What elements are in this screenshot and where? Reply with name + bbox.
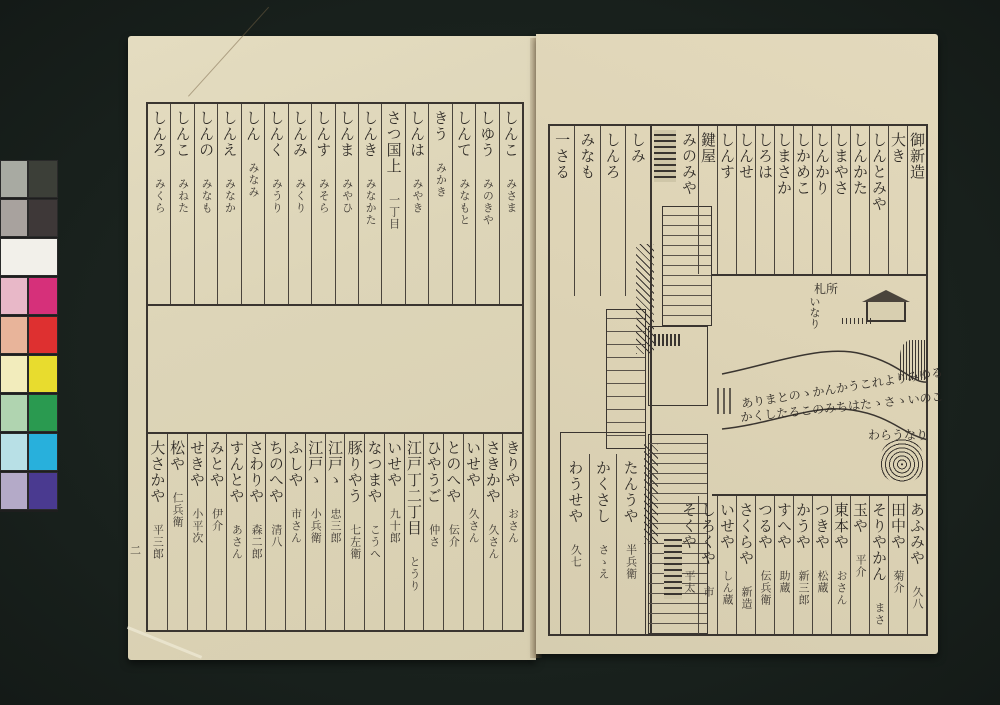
text-column: すへや助蔵 (774, 496, 793, 634)
shrine-building (866, 300, 906, 322)
text-column: かくさしさゝえ (589, 454, 617, 634)
chart-row (0, 355, 58, 393)
text-column: しんみなみ (241, 104, 264, 304)
text-column: すんとやあさん (226, 434, 246, 630)
open-book: しんこみさましゆうみのきやしんてみなもときうみかきしんはみやきさつ国上一丁目しん… (128, 34, 938, 660)
column-subtext: みのきや (478, 178, 496, 226)
column-subtext: 市 (699, 586, 717, 598)
text-column: しんとみや (869, 126, 888, 274)
column-heading: すへや (775, 502, 793, 550)
column-heading: さわりや (247, 440, 265, 504)
color-swatch (28, 433, 58, 471)
text-column: 御新造 (907, 126, 926, 274)
text-column: とのへや伝介 (443, 434, 463, 630)
left-page: しんこみさましゆうみのきやしんてみなもときうみかきしんはみやきさつ国上一丁目しん… (128, 36, 536, 660)
column-heading: しろくや (699, 502, 717, 566)
text-column: かうや新三郎 (793, 496, 812, 634)
text-column: 一さる (550, 126, 574, 296)
color-swatch (0, 472, 28, 510)
text-column: みとや伊介 (206, 434, 226, 630)
text-column: さつ国上一丁目 (381, 104, 404, 304)
left-top-listing: しんこみさましゆうみのきやしんてみなもときうみかきしんはみやきさつ国上一丁目しん… (148, 104, 522, 304)
text-column: さくらや新造 (736, 496, 755, 634)
column-subtext: 久七 (566, 544, 584, 568)
column-heading: すんとや (227, 440, 245, 504)
column-heading: 東本や (832, 502, 850, 550)
text-column: そりやかんまさ (869, 496, 888, 634)
text-column: なつまやこうへ (364, 434, 384, 630)
text-column: しまさか (774, 126, 793, 274)
column-subtext: 平太 (680, 570, 698, 594)
text-column: しんかた (850, 126, 869, 274)
color-swatch (28, 394, 58, 432)
column-subtext: 助蔵 (775, 570, 793, 594)
text-column: しんろ (600, 126, 625, 296)
chart-row (0, 316, 58, 354)
chart-row (0, 472, 58, 510)
color-swatch (0, 316, 28, 354)
color-swatch (0, 160, 28, 198)
column-subtext: みかき (431, 162, 449, 198)
color-swatch (28, 355, 58, 393)
margin-mark: 二 (130, 542, 141, 558)
column-subtext: みそら (314, 178, 332, 214)
column-subtext: 伝介 (444, 524, 462, 548)
column-heading: つるや (756, 502, 774, 550)
text-column: さきかや久さん (483, 434, 503, 630)
column-heading: つきや (813, 502, 831, 550)
color-swatch (0, 199, 28, 237)
text-column: 豚りやう七左衛 (344, 434, 364, 630)
column-subtext: 伊介 (208, 508, 226, 532)
column-subtext: みなかた (361, 178, 379, 226)
column-subtext: 仁兵衛 (168, 492, 186, 528)
column-subtext: 小平次 (188, 508, 206, 544)
column-heading: しんこ (502, 110, 520, 158)
text-column: しんのみなも (194, 104, 217, 304)
text-column: つきや松蔵 (812, 496, 831, 634)
column-subtext: みくり (291, 178, 309, 214)
column-subtext: こうへ (365, 524, 383, 560)
column-subtext: みうり (267, 178, 285, 214)
tree-grove (900, 340, 928, 380)
column-subtext: 仲さ (425, 524, 443, 548)
column-subtext: 市さん (287, 508, 305, 544)
column-subtext: あさん (227, 524, 245, 560)
chart-row (0, 277, 58, 315)
chart-row (0, 238, 58, 276)
text-column: しんてみなもと (452, 104, 475, 304)
column-heading: しんす (314, 110, 332, 158)
column-heading: しんみ (291, 110, 309, 158)
text-column: きうみかき (428, 104, 451, 304)
column-subtext: みくら (150, 178, 168, 214)
building-window (654, 130, 676, 182)
text-column: しんまみやひ (335, 104, 358, 304)
window-grille (650, 334, 680, 346)
text-column: 江戸ゝ忠三郎 (325, 434, 345, 630)
text-column: ちのへや清八 (265, 434, 285, 630)
text-column: しんきみなかた (358, 104, 381, 304)
shop-signs: たんうや半兵衛かくさしさゝえわうせや久七 (562, 454, 644, 634)
pine-tree (880, 438, 924, 482)
color-swatch (28, 277, 58, 315)
shrine-roof (862, 290, 910, 302)
column-heading: しんは (408, 110, 426, 158)
column-subtext: みなもと (455, 178, 473, 226)
column-subtext: みなも (197, 178, 215, 214)
column-heading: しんとみや (870, 132, 888, 212)
right-top-listing: 御新造大きしんとみやしんかたしまやさしんかりしかめこしまさかしろはしんせしんす鍵… (712, 126, 926, 274)
color-swatch (0, 394, 28, 432)
column-heading: きりや (504, 440, 522, 488)
column-heading: しんせ (737, 132, 755, 180)
text-column: 大き (888, 126, 907, 274)
text-column: いせやしん蔵 (717, 496, 736, 634)
text-column: つるや伝兵衛 (755, 496, 774, 634)
text-column: しんこみさま (499, 104, 522, 304)
text-column: しゆうみのきや (475, 104, 498, 304)
divider (712, 274, 928, 276)
chart-row (0, 199, 58, 237)
column-heading: かくさし (594, 460, 612, 524)
color-swatch (28, 472, 58, 510)
column-subtext: とうり (405, 556, 423, 592)
column-subtext: 清八 (267, 524, 285, 548)
column-heading: しまやさ (832, 132, 850, 196)
text-column: 江戸丁二丁目とうり (404, 434, 424, 630)
right-top-left-listing: しみしんろみなも一さる (550, 126, 650, 296)
column-heading: せきや (188, 440, 206, 488)
column-subtext: 平三郎 (148, 524, 166, 560)
column-heading: しんかた (851, 132, 869, 196)
text-column: そくや平太 (680, 496, 698, 634)
column-heading: しんかり (813, 132, 831, 196)
text-column: さわりや森二郎 (246, 434, 266, 630)
text-column: しんはみやき (405, 104, 428, 304)
column-subtext: 七左衛 (346, 524, 364, 560)
column-heading: とのへや (444, 440, 462, 504)
column-heading: 江戸ゝ (326, 440, 344, 488)
text-column: しんすみそら (311, 104, 334, 304)
divider (146, 304, 524, 306)
color-swatch (0, 277, 28, 315)
column-heading: そくや (680, 502, 698, 550)
column-heading: さくらや (737, 502, 755, 566)
text-column: たんうや半兵衛 (616, 454, 644, 634)
column-heading: みとや (208, 440, 226, 488)
text-column: ひやうご仲さ (423, 434, 443, 630)
column-heading: いせや (385, 440, 403, 488)
column-subtext: みねた (174, 178, 192, 214)
column-heading: 玉や (851, 502, 869, 534)
text-column: わうせや久七 (562, 454, 589, 634)
column-subtext: 菊介 (889, 570, 907, 594)
column-heading: 鍵屋 (699, 132, 717, 164)
column-heading: 田中や (889, 502, 907, 550)
chart-row (0, 433, 58, 471)
column-heading: いせや (464, 440, 482, 488)
text-column: しんくみうり (264, 104, 287, 304)
column-subtext: みやひ (338, 178, 356, 214)
text-column: しろくや市 (698, 496, 717, 634)
building-lattice (606, 309, 646, 449)
column-subtext: 松蔵 (813, 570, 831, 594)
column-heading: ふしや (287, 440, 305, 488)
column-subtext: 久さん (484, 524, 502, 560)
column-heading: しんろ (604, 132, 622, 180)
column-heading: ひやうご (425, 440, 443, 504)
column-heading: みのみや (680, 132, 698, 196)
column-heading: しんろ (150, 110, 168, 158)
text-column: いせや久さん (463, 434, 483, 630)
column-subtext: 久さん (464, 508, 482, 544)
column-subtext: まさ (870, 602, 888, 626)
column-heading: しろは (756, 132, 774, 180)
text-column: いせや九十郎 (384, 434, 404, 630)
text-column: 東本やおさん (831, 496, 850, 634)
column-heading: しんこ (174, 110, 192, 158)
chart-row (0, 394, 58, 432)
column-heading: みなも (578, 132, 596, 180)
text-column: しんえみなか (217, 104, 240, 304)
column-heading: そりやかん (870, 502, 888, 582)
color-swatch (28, 199, 58, 237)
column-heading: しんの (197, 110, 215, 158)
column-heading: あふみや (908, 502, 926, 566)
column-heading: 江戸ゝ (306, 440, 324, 488)
color-swatch (0, 355, 28, 393)
text-column: しんろみくら (148, 104, 170, 304)
color-swatch (28, 160, 58, 198)
text-column: きりやおさん (502, 434, 522, 630)
text-column: 田中や菊介 (888, 496, 907, 634)
column-heading: しゆう (478, 110, 496, 158)
text-column: しろは (755, 126, 774, 274)
column-subtext: 伝兵衛 (756, 570, 774, 606)
chart-row (0, 160, 58, 198)
column-subtext: みなか (221, 178, 239, 214)
column-heading: 江戸丁二丁目 (405, 440, 423, 536)
color-swatch (0, 238, 58, 276)
text-column: しんみみくり (288, 104, 311, 304)
right-bottom-listing: あふみや久八田中や菊介そりやかんまさ玉や平介東本やおさんつきや松蔵かうや新三郎す… (712, 496, 926, 634)
column-heading: しんく (267, 110, 285, 158)
column-heading: わうせや (566, 460, 584, 524)
column-heading: 松や (168, 440, 186, 472)
column-subtext: 平介 (851, 554, 869, 578)
column-heading: しんえ (221, 110, 239, 158)
text-column: 江戸ゝ小兵衛 (305, 434, 325, 630)
column-heading: しんて (455, 110, 473, 158)
column-heading: 一さる (553, 132, 571, 180)
column-heading: さきかや (484, 440, 502, 504)
column-heading: ちのへや (267, 440, 285, 504)
column-heading: しんま (338, 110, 356, 158)
column-subtext: 久八 (908, 586, 926, 610)
column-heading: しみ (629, 132, 647, 164)
wall-shading (644, 444, 658, 544)
column-heading: しんす (718, 132, 736, 180)
text-column: せきや小平次 (187, 434, 207, 630)
color-swatch (0, 433, 28, 471)
text-column: しんかり (812, 126, 831, 274)
text-column: あふみや久八 (907, 496, 926, 634)
column-subtext: 小兵衛 (306, 508, 324, 544)
column-subtext: しん蔵 (718, 570, 736, 606)
column-heading: しん (244, 110, 262, 142)
column-subtext: おさん (504, 508, 522, 544)
column-subtext: みなみ (244, 162, 262, 198)
column-subtext: おさん (832, 570, 850, 606)
text-column: みのみや (680, 126, 698, 274)
column-heading: 大き (889, 132, 907, 164)
column-subtext: 九十郎 (385, 508, 403, 544)
text-column: しんこみねた (170, 104, 193, 304)
column-subtext: みやき (408, 178, 426, 214)
column-heading: 御新造 (908, 132, 926, 180)
left-bottom-listing: きりやおさんさきかや久さんいせや久さんとのへや伝介ひやうご仲さ江戸丁二丁目とうり… (148, 434, 522, 630)
text-column: ふしや市さん (285, 434, 305, 630)
color-calibration-chart (0, 160, 58, 512)
text-column: しんす (717, 126, 736, 274)
column-subtext: さゝえ (594, 544, 612, 580)
column-heading: なつまや (365, 440, 383, 504)
shrine-label: 札所 (814, 280, 838, 297)
column-heading: しかめこ (794, 132, 812, 196)
column-heading: 大さかや (148, 440, 166, 504)
column-heading: しまさか (775, 132, 793, 196)
column-subtext: 半兵衛 (622, 544, 640, 580)
column-subtext: 森二郎 (247, 524, 265, 560)
column-heading: 豚りやう (346, 440, 364, 504)
column-subtext: 忠三郎 (326, 508, 344, 544)
text-column: 鍵屋 (698, 126, 717, 274)
column-subtext: 一丁目 (385, 194, 403, 230)
column-subtext: 新三郎 (794, 570, 812, 606)
text-column: 松や仁兵衛 (167, 434, 187, 630)
text-column: しまやさ (831, 126, 850, 274)
text-column: しかめこ (793, 126, 812, 274)
column-subtext: みさま (502, 178, 520, 214)
column-heading: たんうや (622, 460, 640, 524)
text-column: しんせ (736, 126, 755, 274)
color-swatch (28, 316, 58, 354)
column-subtext: 新造 (737, 586, 755, 610)
text-column: 玉や平介 (850, 496, 869, 634)
column-heading: しんき (361, 110, 379, 158)
column-heading: さつ国上 (385, 110, 403, 174)
column-heading: かうや (794, 502, 812, 550)
right-page: しみしんろみなも一さる たんうや半兵衛かくさしさゝえわうせや久七 御新造大きしん… (536, 34, 938, 654)
column-heading: きう (431, 110, 449, 142)
text-column: 大さかや平三郎 (148, 434, 167, 630)
text-column: みなも (574, 126, 599, 296)
column-heading: いせや (718, 502, 736, 550)
